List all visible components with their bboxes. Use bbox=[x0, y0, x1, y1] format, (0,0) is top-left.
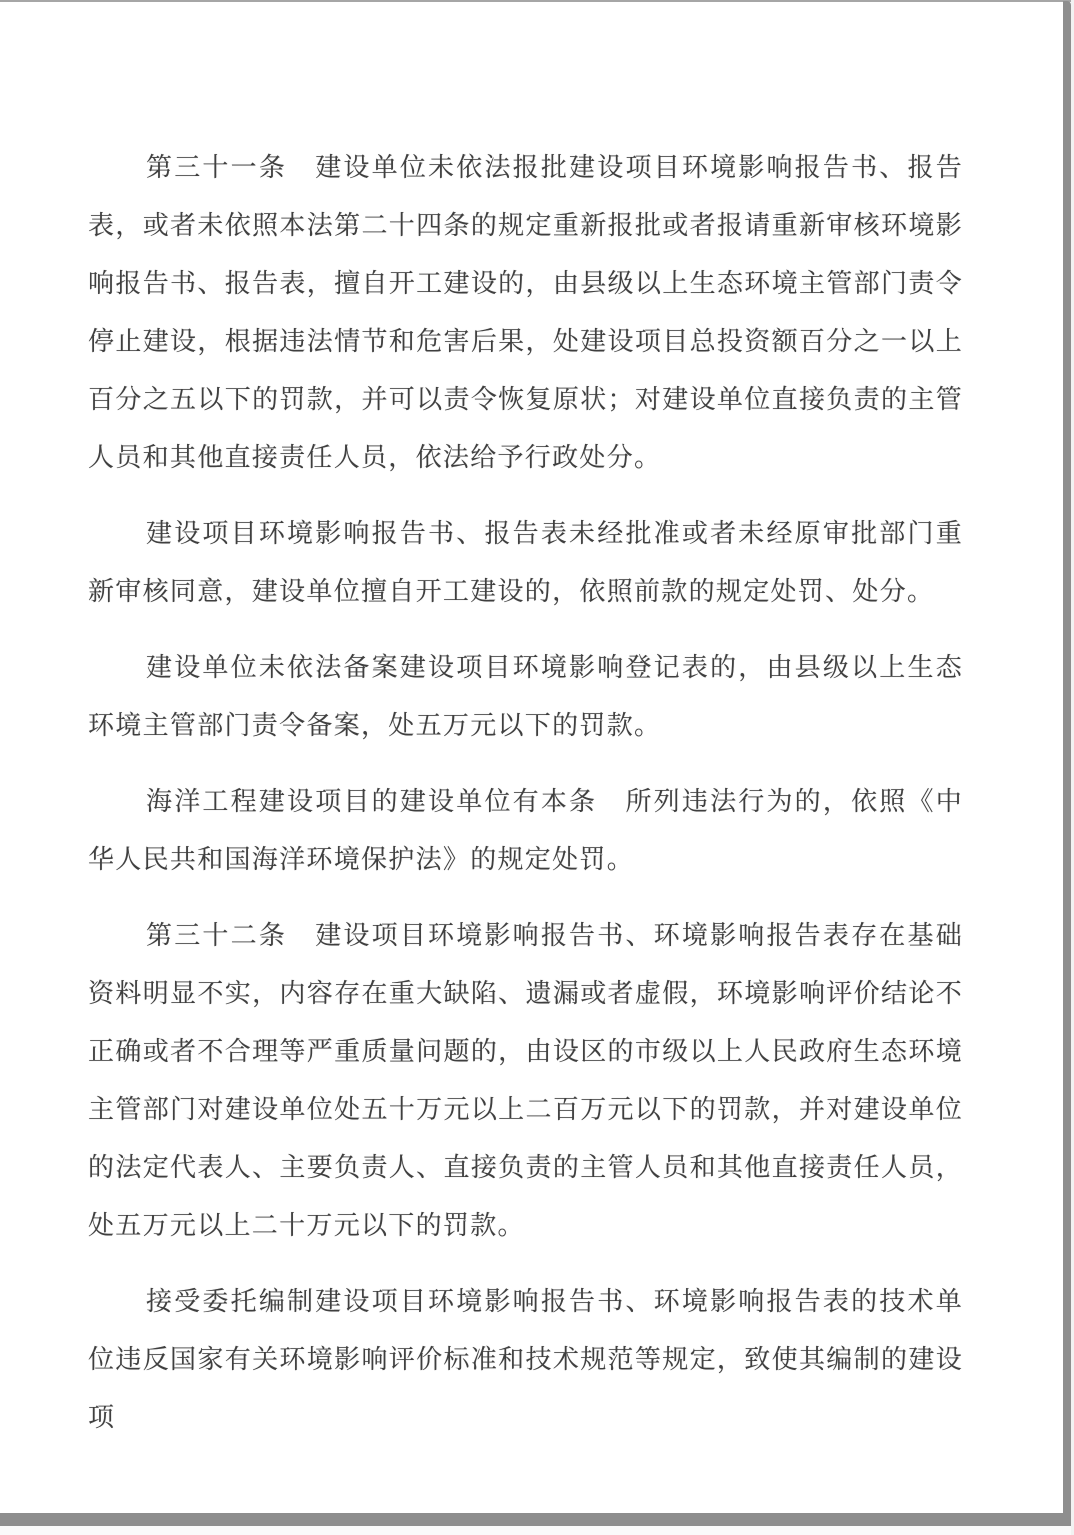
document-page: 第三十一条 建设单位未依法报批建设项目环境影响报告书、报告表，或者未依照本法第二… bbox=[0, 0, 1074, 1535]
page-top-edge bbox=[0, 0, 1074, 2]
page-outer-bottom-strip bbox=[0, 1526, 1071, 1535]
article-31-para-3: 建设单位未依法备案建设项目环境影响登记表的，由县级以上生态环境主管部门责令备案，… bbox=[88, 639, 963, 755]
page-right-shadow bbox=[1063, 1, 1071, 1526]
article-31-para-4: 海洋工程建设项目的建设单位有本条 所列违法行为的，依照《中华人民共和国海洋环境保… bbox=[88, 773, 963, 889]
page-bottom-shadow bbox=[0, 1513, 1071, 1526]
article-32-para-1: 第三十二条 建设项目环境影响报告书、环境影响报告表存在基础资料明显不实，内容存在… bbox=[88, 907, 963, 1255]
document-text: 第三十一条 建设单位未依法报批建设项目环境影响报告书、报告表，或者未依照本法第二… bbox=[88, 139, 963, 1447]
article-31-para-1: 第三十一条 建设单位未依法报批建设项目环境影响报告书、报告表，或者未依照本法第二… bbox=[88, 139, 963, 487]
article-31-para-2: 建设项目环境影响报告书、报告表未经批准或者未经原审批部门重新审核同意，建设单位擅… bbox=[88, 505, 963, 621]
article-32-para-2-partial: 接受委托编制建设项目环境影响报告书、环境影响报告表的技术单位违反国家有关环境影响… bbox=[88, 1273, 963, 1447]
